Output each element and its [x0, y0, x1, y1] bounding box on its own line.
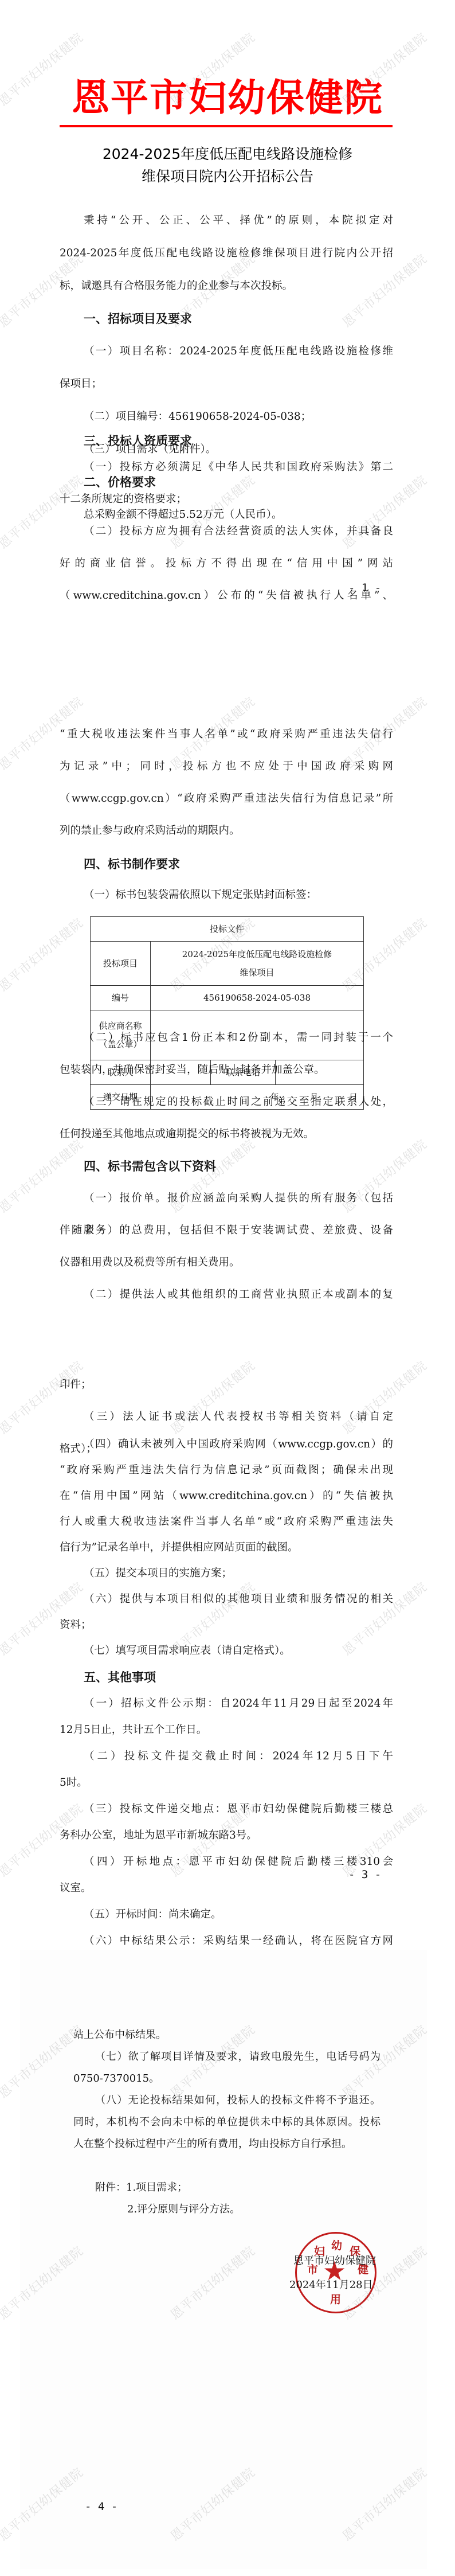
section-heading: 四、标书需包含以下资料	[84, 1156, 216, 1177]
body-line: 务科办公室，地址为恩平市新城东路3号。	[60, 1825, 393, 1847]
body-line: 议室。	[60, 1878, 393, 1899]
watermark-text: 恩平市妇幼保健院	[0, 1135, 87, 1216]
body-line: 0750-7370015。	[73, 2068, 381, 2090]
body-line: （二）投标文件提交截止时间：2024年12月5日下午	[84, 1746, 393, 1767]
watermark-text: 恩平市妇幼保健院	[0, 914, 87, 995]
body-line: （三）投标文件递交地点：恩平市妇幼保健院后勤楼三楼总	[84, 1798, 393, 1820]
value-cell: 2024-2025年度低压配电线路设施检修 维保项目	[151, 942, 364, 986]
body-line: “重大税收违法案件当事人名单”或“政府采购严重违法失信行	[60, 724, 393, 746]
body-line: 列的禁止参与政府采购活动的期限内。	[60, 820, 393, 842]
intro-line: 标，诚邀具有合格服务能力的企业参与本次投标。	[60, 275, 393, 297]
body-line: （八）无论投标结果如何，投标人的投标文件将不予退还。	[95, 2090, 381, 2111]
label-cell: 编号	[91, 986, 151, 1010]
body-line: 好的商业信誉。投标方不得出现在“信用中国”网站	[60, 553, 393, 575]
body-line: （www.ccgp.gov.cn）“政府采购严重违法失信行为信息记录”所	[60, 788, 393, 810]
body-line: 12月5日止，共计五个工作日。	[60, 1719, 393, 1741]
doc-title-line2: 维保项目院内公开招标公告	[0, 166, 455, 188]
official-seal-stamp: 市 妇 幼 保 健 用 ★	[295, 2232, 376, 2313]
body-line: 保项目；	[60, 373, 393, 395]
body-line: （六）提供与本项目相似的其他项目业绩和服务情况的相关	[84, 1588, 393, 1610]
doc-title-line1: 2024-2025年度低压配电线路设施检修	[0, 143, 455, 165]
value-cell: 456190658-2024-05-038	[151, 986, 364, 1010]
body-line: 在“信用中国”网站（www.creditchina.gov.cn）的“失信被执	[60, 1485, 393, 1507]
body-line: （三）请在规定的投标截止时间之前递交至指定联系人处，	[84, 1091, 393, 1113]
body-line: 印件；	[60, 1374, 393, 1396]
body-line: 任何投递至其他地点或逾期提交的标书将被视为无效。	[60, 1123, 393, 1145]
intro-line: 秉持“公开、公正、公平、择优”的原则，本院拟定对	[84, 210, 393, 232]
body-line: （五）开标时间：尚未确定。	[84, 1904, 393, 1926]
label-project-line2: 维保项目	[152, 963, 362, 982]
signature-date: 2024年11月28日	[289, 2277, 373, 2294]
header-red-rule	[60, 125, 393, 127]
org-name-header: 恩平市妇幼保健院	[0, 72, 455, 123]
body-line: （二）项目编号：456190658-2024-05-038；	[84, 406, 393, 428]
body-line: 行人或重大税收违法案件当事人名单”或“政府采购严重违法失	[60, 1511, 393, 1533]
body-line: 为记录”中；同时，投标方也不应处于中国政府采购网	[60, 756, 393, 778]
body-line: （二）标书应包含1份正本和2份副本，需一同封装于一个	[84, 1027, 393, 1049]
body-line: （五）提交本项目的实施方案；	[84, 1563, 393, 1584]
intro-line: 2024-2025年度低压配电线路设施检修维保项目进行院内公开招	[60, 243, 393, 264]
body-line: 伴随服务）的总费用，包括但不限于安装调试费、差旅费、设备	[60, 1220, 393, 1242]
body-line: 站上公布中标结果。	[73, 2024, 381, 2046]
label-cell: 投标项目	[91, 942, 151, 986]
signature-org: 恩平市妇幼保健院	[293, 2253, 376, 2270]
page-number: - 2 -	[72, 1223, 105, 1235]
body-line: （一）招标文件公示期：自2024年11月29日起至2024年	[84, 1693, 393, 1715]
body-line: （二）提供法人或其他组织的工商营业执照正本或副本的复	[84, 1284, 393, 1306]
body-line: （一）项目名称：2024-2025年度低压配电线路设施检修维	[84, 341, 393, 362]
body-line: 同时，本机构不会向未中标的单位提供未中标的具体原因。投标	[73, 2111, 381, 2133]
section-heading: 四、标书制作要求	[84, 853, 180, 875]
section-heading: 三、投标人资质要求	[84, 430, 192, 452]
body-line: （七）欲了解项目详情及要求，请致电殷先生，电话号码为	[95, 2046, 381, 2068]
watermark-text: 恩平市妇幼保健院	[0, 1356, 87, 1438]
body-line: （六）中标结果公示：采购结果一经确认，将在医院官方网	[84, 1930, 393, 1952]
body-line: （一）报价单。报价应涵盖向采购人提供的所有服务（包括	[84, 1188, 393, 1209]
label-table-title: 投标文件	[91, 917, 364, 942]
body-line: 仪器租用费以及税费等所有相关费用。	[60, 1252, 393, 1274]
section-heading: 五、其他事项	[84, 1666, 156, 1688]
body-line: 包装袋内，并确保密封妥当，随后贴上封条并加盖公章。	[60, 1059, 393, 1081]
body-line: 信行为”记录名单中，并提供相应网站页面的截图。	[60, 1537, 393, 1559]
watermark-text: 恩平市妇幼保健院	[0, 471, 87, 552]
attachment-item: 1.项目需求；	[126, 2181, 187, 2193]
attachments-label-line: 附件：1.项目需求；	[95, 2177, 187, 2199]
page-number: - 4 -	[85, 2500, 117, 2513]
body-line: 十二条所规定的资格要求；	[60, 489, 393, 510]
body-line: “政府采购严重违法失信行为信息记录”页面截图；确保未出现	[60, 1459, 393, 1481]
stamp-char: 幼	[331, 2237, 342, 2253]
body-line: 5时。	[60, 1772, 393, 1794]
body-line: （四）确认未被列入中国政府采购网（www.ccgp.gov.cn）的	[84, 1434, 393, 1455]
body-line: （一）投标方必须满足《中华人民共和国政府采购法》第二	[84, 456, 393, 478]
body-line: （www.creditchina.gov.cn）公布的“失信被执行人名单”、	[60, 585, 393, 607]
body-line: （二）投标方应为拥有合法经营资质的法人实体，并具备良	[84, 521, 393, 542]
attachments-label: 附件：	[95, 2181, 126, 2193]
label-project-line1: 2024-2025年度低压配电线路设施检修	[152, 945, 362, 963]
body-line: 人在整个投标过程中产生的所有费用，均由投标方自行承担。	[73, 2133, 381, 2155]
page-number: - 1 -	[348, 581, 381, 594]
page-number: - 3 -	[348, 1868, 381, 1881]
body-line: （一）标书包装袋需依照以下规定张贴封面标签：	[84, 884, 393, 906]
body-line: （七）填写项目需求响应表（请自定格式）。	[84, 1640, 393, 1662]
section-heading: 一、招标项目及要求	[84, 308, 192, 330]
body-line: 资料；	[60, 1614, 393, 1636]
body-line: （三）法人证书或法人代表授权书等相关资料（请自定	[84, 1406, 393, 1428]
body-line: （四）开标地点：恩平市妇幼保健院后勤楼三楼310会	[84, 1851, 393, 1873]
attachment-item: 2.评分原则与评分方法。	[127, 2199, 240, 2220]
